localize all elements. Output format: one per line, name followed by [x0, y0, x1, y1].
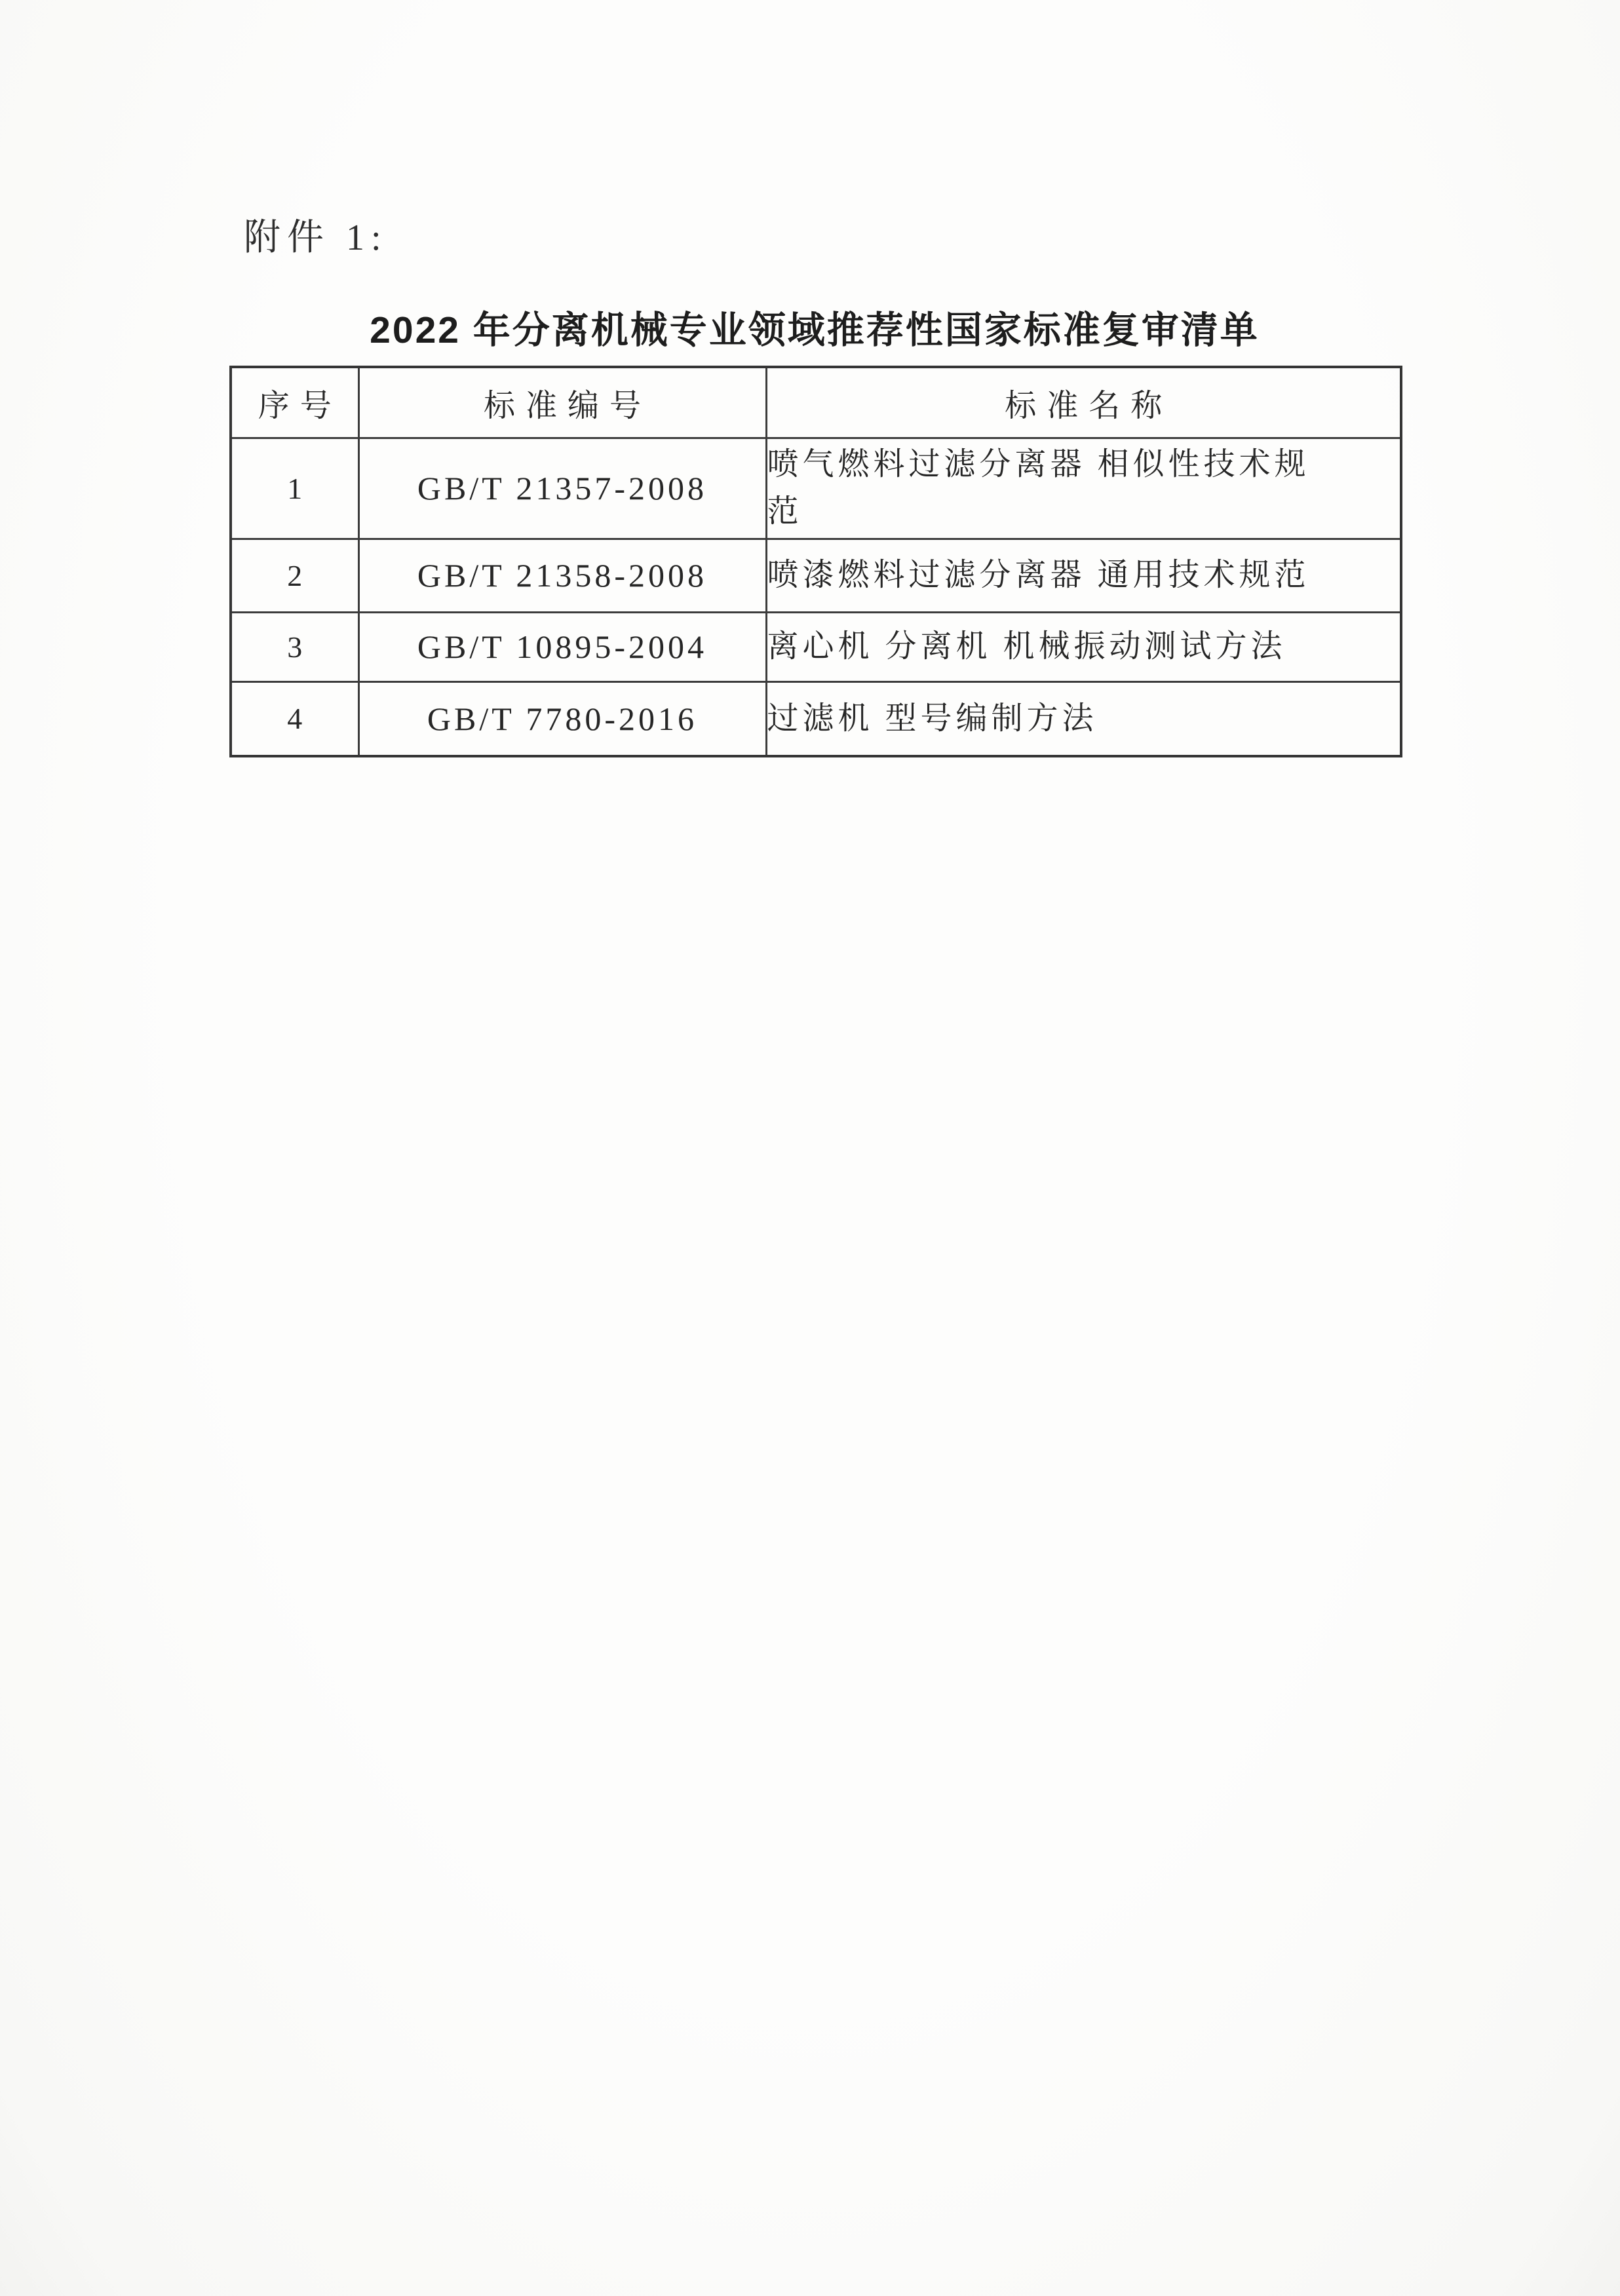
- cell-standard-code: GB/T 21358-2008: [358, 539, 766, 612]
- cell-standard-code: GB/T 21357-2008: [358, 438, 766, 539]
- table-row: 2 GB/T 21358-2008 喷漆燃料过滤分离器 通用技术规范: [231, 539, 1401, 612]
- cell-standard-name: 喷气燃料过滤分离器 相似性技术规 范: [766, 438, 1401, 539]
- cell-serial-number: 4: [231, 681, 358, 756]
- document-title: 2022 年分离机械专业领域推荐性国家标准复审清单: [229, 300, 1400, 354]
- attachment-label: 附件 1:: [244, 208, 388, 261]
- cell-standard-code: GB/T 7780-2016: [358, 681, 766, 756]
- cell-standard-code: GB/T 10895-2004: [358, 612, 766, 681]
- cell-standard-name: 喷漆燃料过滤分离器 通用技术规范: [766, 539, 1401, 612]
- document-page: 附件 1: 2022 年分离机械专业领域推荐性国家标准复审清单 序号 标准编号 …: [0, 0, 1620, 2296]
- cell-serial-number: 1: [231, 438, 358, 539]
- cell-standard-name: 过滤机 型号编制方法: [766, 681, 1401, 756]
- header-standard-code: 标准编号: [358, 367, 766, 438]
- cell-serial-number: 2: [231, 539, 358, 612]
- header-serial-number: 序号: [231, 367, 358, 438]
- table-row: 4 GB/T 7780-2016 过滤机 型号编制方法: [231, 681, 1401, 756]
- cell-serial-number: 3: [231, 612, 358, 681]
- table-row: 3 GB/T 10895-2004 离心机 分离机 机械振动测试方法: [231, 612, 1401, 681]
- table-header-row: 序号 标准编号 标准名称: [231, 367, 1401, 438]
- header-standard-name: 标准名称: [766, 367, 1401, 438]
- standards-table: 序号 标准编号 标准名称 1 GB/T 21357-2008 喷气燃料过滤分离器…: [229, 366, 1402, 757]
- table-row: 1 GB/T 21357-2008 喷气燃料过滤分离器 相似性技术规 范: [231, 438, 1401, 539]
- cell-standard-name: 离心机 分离机 机械振动测试方法: [766, 612, 1401, 681]
